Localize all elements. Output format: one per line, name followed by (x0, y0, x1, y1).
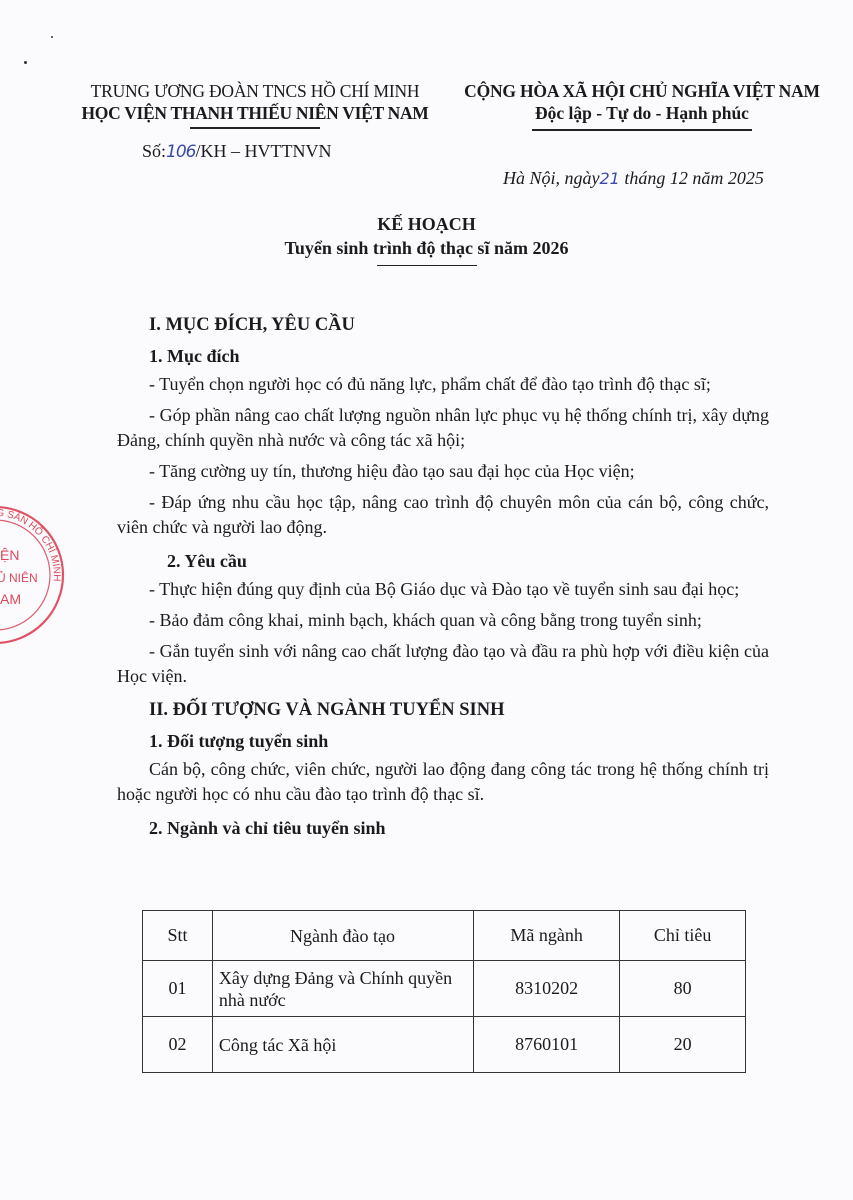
national-header-block: CỘNG HÒA XÃ HỘI CHỦ NGHĨA VIỆT NAM Độc l… (452, 80, 832, 131)
divider (377, 265, 477, 266)
national-title: CỘNG HÒA XÃ HỘI CHỦ NGHĨA VIỆT NAM (452, 80, 832, 102)
quota: 80 (620, 961, 746, 1017)
paragraph: - Tăng cường uy tín, thương hiệu đào tạo… (117, 459, 769, 484)
section-heading: I. MỤC ĐÍCH, YÊU CẦU (117, 310, 769, 341)
paragraph: - Góp phần nâng cao chất lượng nguồn nhâ… (117, 403, 769, 453)
document-type: KẾ HOẠCH (220, 212, 633, 236)
subsection-heading: 2. Ngành và chỉ tiêu tuyển sinh (117, 813, 769, 844)
issuing-organization: HỌC VIỆN THANH THIẾU NIÊN VIỆT NAM (70, 102, 440, 124)
scan-speck (24, 61, 27, 64)
svg-text:AM: AM (0, 591, 21, 607)
column-header: Mã ngành (474, 911, 620, 961)
table-row: 02 Công tác Xã hội 8760101 20 (143, 1017, 746, 1073)
subsection-heading: 1. Mục đích (117, 341, 769, 372)
paragraph: - Tuyển chọn người học có đủ năng lực, p… (117, 372, 769, 397)
section-heading: II. ĐỐI TƯỢNG VÀ NGÀNH TUYỂN SINH (117, 695, 769, 726)
doc-number-label: Số: (142, 141, 166, 161)
paragraph: - Đáp ứng nhu cầu học tập, nâng cao trìn… (117, 490, 769, 540)
row-number: 02 (143, 1017, 213, 1073)
table-row: 01 Xây dựng Đảng và Chính quyền nhà nước… (143, 961, 746, 1017)
document-subject: Tuyển sinh trình độ thạc sĩ năm 2026 (220, 236, 633, 260)
document-number: Số:106/KH – HVTTNVN (142, 141, 331, 162)
issuing-agency-block: TRUNG ƯƠNG ĐOÀN TNCS HỒ CHÍ MINH HỌC VIỆ… (70, 80, 440, 129)
program-code: 8310202 (474, 961, 620, 1017)
paragraph: - Gắn tuyển sinh với nâng cao chất lượng… (117, 639, 769, 689)
document-page: N CỘNG SẢN HỒ CHÍ MINH ỆN Ủ NIÊN AM TRUN… (0, 0, 853, 1200)
divider (190, 127, 320, 129)
handwritten-day: 21 (600, 169, 620, 188)
date-prefix: Hà Nội, ngày (503, 168, 600, 188)
national-motto: Độc lập - Tự do - Hạnh phúc (452, 102, 832, 124)
doc-number-code: /KH – HVTTNVN (195, 141, 331, 161)
paragraph: - Bảo đảm công khai, minh bạch, khách qu… (117, 608, 769, 633)
column-header: Chỉ tiêu (620, 911, 746, 961)
column-header: Ngành đào tạo (212, 911, 473, 961)
program-name: Xây dựng Đảng và Chính quyền nhà nước (212, 961, 473, 1017)
admissions-quota-table: Stt Ngành đào tạo Mã ngành Chỉ tiêu 01 X… (142, 910, 746, 1073)
scan-speck (51, 36, 53, 38)
official-seal-stamp: N CỘNG SẢN HỒ CHÍ MINH ỆN Ủ NIÊN AM (0, 490, 65, 660)
handwritten-doc-number: 106 (166, 142, 195, 162)
program-name: Công tác Xã hội (212, 1017, 473, 1073)
quota: 20 (620, 1017, 746, 1073)
place-date-line: Hà Nội, ngày21 tháng 12 năm 2025 (503, 168, 764, 189)
document-body: I. MỤC ĐÍCH, YÊU CẦU 1. Mục đích - Tuyển… (117, 310, 769, 844)
divider (532, 129, 752, 131)
paragraph: - Thực hiện đúng quy định của Bộ Giáo dụ… (117, 577, 769, 602)
row-number: 01 (143, 961, 213, 1017)
program-code: 8760101 (474, 1017, 620, 1073)
paragraph: Cán bộ, công chức, viên chức, người lao … (117, 757, 769, 807)
table-header-row: Stt Ngành đào tạo Mã ngành Chỉ tiêu (143, 911, 746, 961)
column-header: Stt (143, 911, 213, 961)
document-title-block: KẾ HOẠCH Tuyển sinh trình độ thạc sĩ năm… (220, 212, 633, 266)
subsection-heading: 2. Yêu cầu (117, 546, 769, 577)
subsection-heading: 1. Đối tượng tuyển sinh (117, 726, 769, 757)
parent-organization: TRUNG ƯƠNG ĐOÀN TNCS HỒ CHÍ MINH (70, 80, 440, 102)
date-suffix: tháng 12 năm 2025 (624, 168, 764, 188)
svg-text:Ủ NIÊN: Ủ NIÊN (0, 570, 38, 585)
svg-text:ỆN: ỆN (0, 547, 19, 563)
